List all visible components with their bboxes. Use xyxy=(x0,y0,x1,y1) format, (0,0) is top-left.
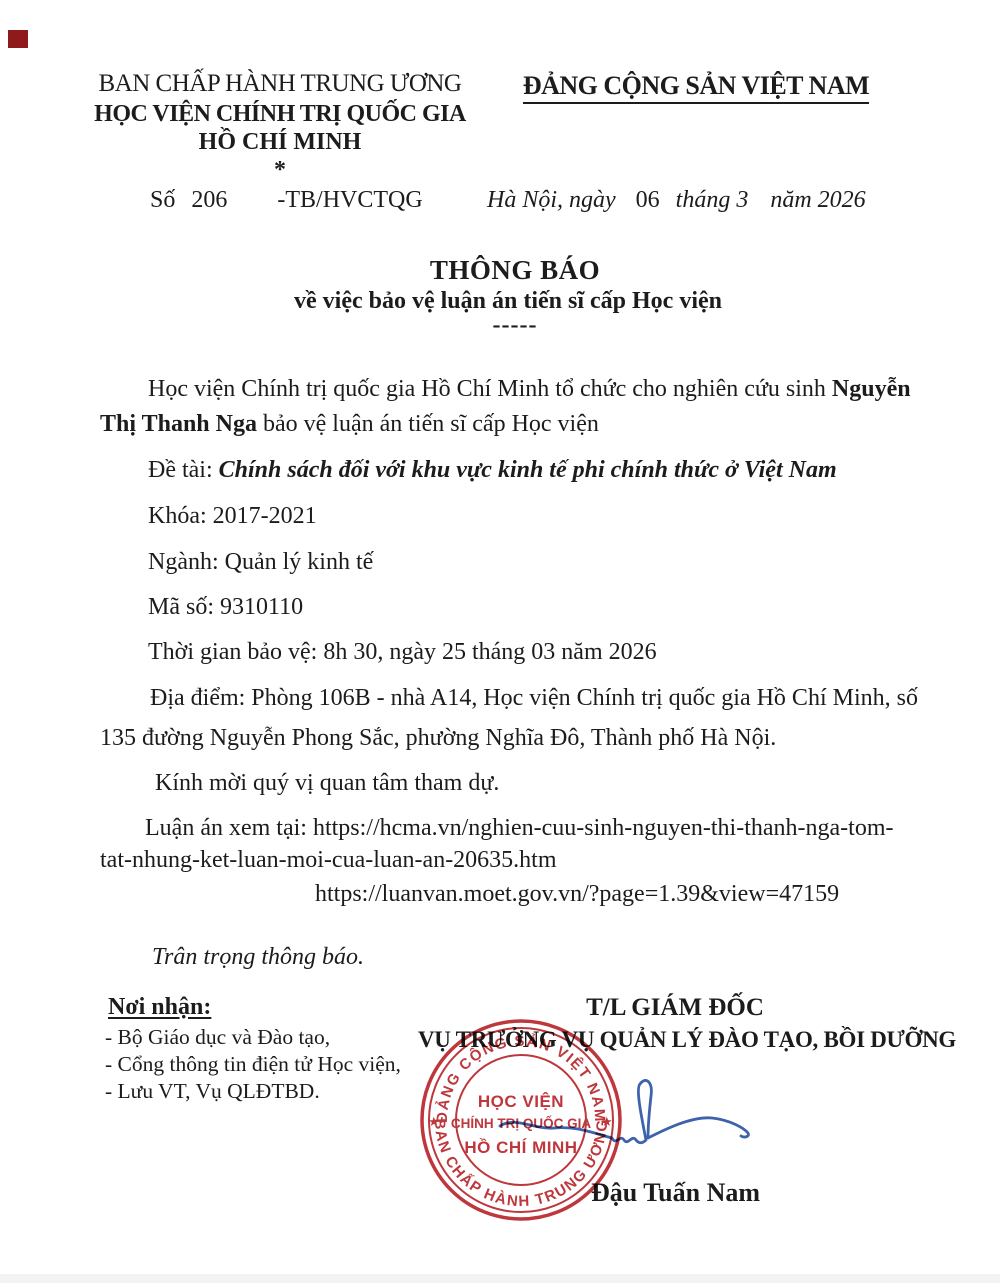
handwritten-signature xyxy=(430,1050,770,1190)
intro-line-1: Học viện Chính trị quốc gia Hồ Chí Minh … xyxy=(148,376,911,404)
signature-stroke xyxy=(500,1080,748,1142)
doc-number-symbol: -TB/HVCTQG xyxy=(277,187,422,213)
topic-title: Chính sách đối với khu vực kinh tế phi c… xyxy=(219,457,837,483)
scanned-document-page: BAN CHẤP HÀNH TRUNG ƯƠNG HỌC VIỆN CHÍNH … xyxy=(0,0,1000,1283)
candidate-name-part1: Nguyễn xyxy=(832,376,911,402)
dateline-place: Hà Nội, ngày xyxy=(487,187,616,213)
thesis-link-line-1: Luận án xem tại: https://hcma.vn/nghien-… xyxy=(145,815,894,843)
major-code-line: Mã số: 9310110 xyxy=(148,594,303,622)
recipient-item: - Lưu VT, Vụ QLĐTBD. xyxy=(105,1079,320,1104)
recipients-heading: Nơi nhận: xyxy=(108,994,211,1022)
venue-line-2: 135 đường Nguyễn Phong Sắc, phường Nghĩa… xyxy=(100,725,776,753)
course-line: Khóa: 2017-2021 xyxy=(148,503,317,531)
invitation-line: Kính mời quý vị quan tâm tham dự. xyxy=(155,770,499,798)
thesis-link-line-2: tat-nhung-ket-luan-moi-cua-luan-an-20635… xyxy=(100,847,557,875)
org-name-line1: BAN CHẤP HÀNH TRUNG ƯƠNG xyxy=(85,70,475,99)
party-name-heading: ĐẢNG CỘNG SẢN VIỆT NAM xyxy=(503,71,889,101)
org-name-line2: HỌC VIỆN CHÍNH TRỊ QUỐC GIA xyxy=(85,101,475,129)
org-name-line3: HỒ CHÍ MINH xyxy=(85,129,475,157)
recipient-item: - Bộ Giáo dục và Đào tạo, xyxy=(105,1025,330,1050)
party-name-text: ĐẢNG CỘNG SẢN VIỆT NAM xyxy=(523,71,869,104)
doc-number-label: Số xyxy=(150,187,175,213)
candidate-name-part2: Thị Thanh Nga xyxy=(100,411,257,437)
dateline-month: tháng 3 xyxy=(676,187,749,213)
title-separator-dashes: ----- xyxy=(0,312,1000,340)
major-line: Ngành: Quản lý kinh tế xyxy=(148,549,373,577)
recipient-item: - Cổng thông tin điện tử Học viện, xyxy=(105,1052,401,1077)
place-date-line: Hà Nội, ngày 06 tháng 3 năm 2026 xyxy=(487,187,866,215)
thesis-url-part1: https://hcma.vn/nghien-cuu-sinh-nguyen-t… xyxy=(313,815,894,841)
intro-text-2: bảo vệ luận án tiến sĩ cấp Học viện xyxy=(257,411,599,437)
dateline-day: 06 xyxy=(636,187,660,213)
dateline-year: năm 2026 xyxy=(770,187,865,213)
doc-number-value: 206 xyxy=(191,187,227,213)
document-title: THÔNG BÁO xyxy=(0,255,1000,286)
org-separator-star: * xyxy=(85,157,475,185)
intro-text-1: Học viện Chính trị quốc gia Hồ Chí Minh … xyxy=(148,376,832,402)
thesis-topic-line: Đề tài: Chính sách đối với khu vực kinh … xyxy=(148,457,837,485)
topic-label: Đề tài: xyxy=(148,457,219,483)
thesis-link-label: Luận án xem tại: xyxy=(145,815,313,841)
document-number: Số 206 -TB/HVCTQG xyxy=(150,187,423,215)
defense-time-line: Thời gian bảo vệ: 8h 30, ngày 25 tháng 0… xyxy=(148,639,657,667)
scan-corner-mark xyxy=(8,30,28,48)
closing-line: Trân trọng thông báo. xyxy=(152,944,364,972)
intro-line-2: Thị Thanh Nga bảo vệ luận án tiến sĩ cấp… xyxy=(100,411,599,439)
moet-link-line: https://luanvan.moet.gov.vn/?page=1.39&v… xyxy=(315,881,839,909)
scan-edge-strip xyxy=(0,1274,1000,1283)
venue-line-1: Địa điểm: Phòng 106B - nhà A14, Học viện… xyxy=(150,685,918,713)
